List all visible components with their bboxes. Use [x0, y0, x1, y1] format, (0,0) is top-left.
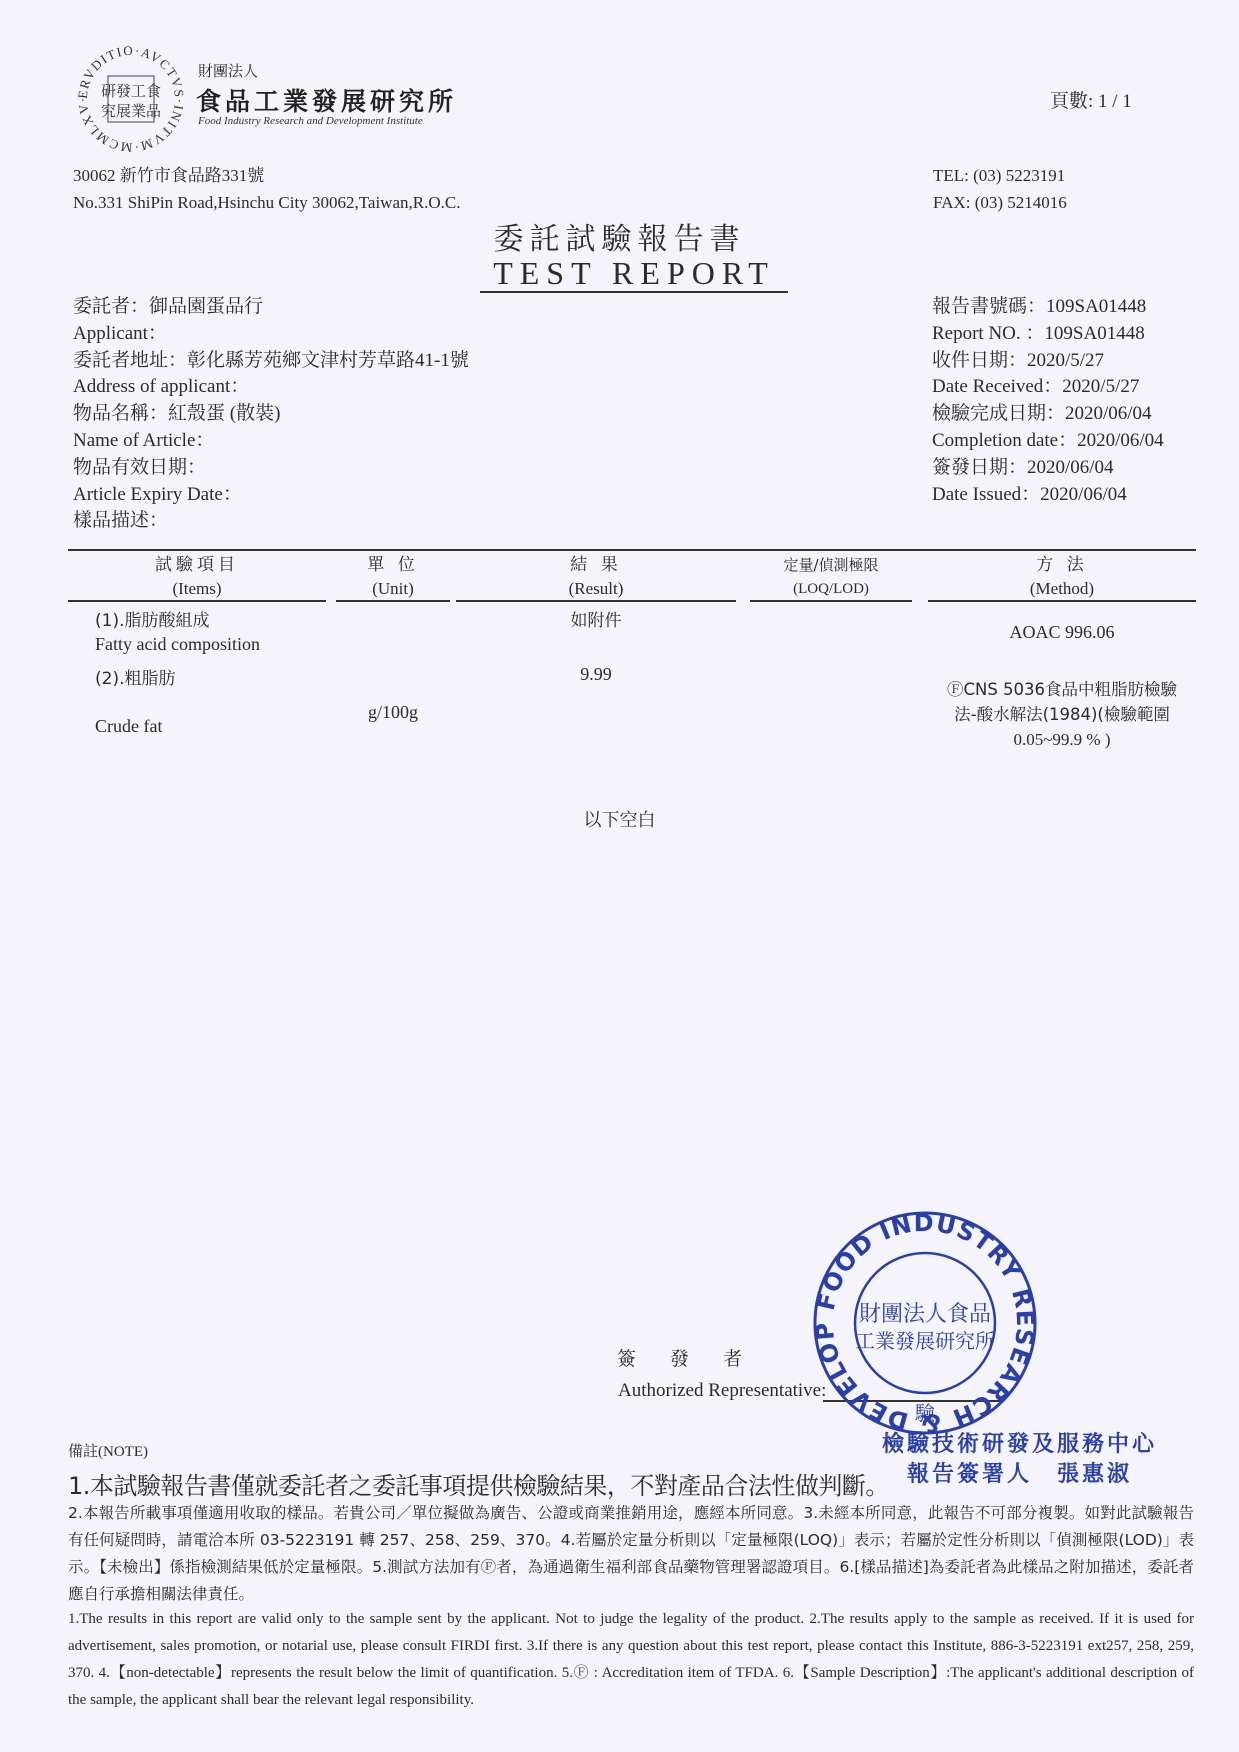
institute-seal-logo: ERVDITIO·AVCTVS·INITVM·MCMLXV· 研發工食 究展業品 [76, 44, 186, 154]
signer-name: 報告簽署人 張惠淑 [882, 1460, 1157, 1490]
date-issued-en: Date Issued：2020/06/04 [932, 482, 1164, 509]
article-name-label-en: Name of Article： [73, 428, 469, 455]
notes-en: 1.The results in this report are valid o… [68, 1606, 1194, 1714]
applicant-info: 委託者：御品園蛋品行 Applicant： 委託者地址：彰化縣芳苑鄉文津村芳草路… [73, 294, 469, 535]
row2-item-zh: (2).粗脂肪 [95, 664, 175, 689]
table-top-rule [68, 549, 1196, 551]
signer-stamp-text: 檢驗技術研發及服務中心 報告簽署人 張惠淑 [882, 1430, 1157, 1490]
row2-item-en: Crude fat [95, 716, 162, 737]
date-received-en: Date Received：2020/5/27 [932, 374, 1164, 401]
applicant-address: 委託者地址：彰化縣芳苑鄉文津村芳草路41-1號 [73, 348, 469, 375]
signer-department: 檢驗技術研發及服務中心 [882, 1430, 1157, 1460]
row2-result: 9.99 [456, 664, 736, 685]
institute-contact: TEL: (03) 5223191 FAX: (03) 5214016 [933, 162, 1067, 216]
address-zh: 30062 新竹市食品路331號 [73, 162, 460, 189]
applicant-address-label-en: Address of applicant： [73, 374, 469, 401]
header-rule [750, 600, 912, 602]
signer-label-en: Authorized Representative: [618, 1380, 826, 1402]
row1-result: 如附件 [456, 606, 736, 631]
report-title-en: TEST REPORT [480, 255, 788, 293]
note-1: 1.本試驗報告書僅就委託者之委託事項提供檢驗結果，不對產品合法性做判斷。 [68, 1466, 889, 1501]
svg-text:財團法人食品: 財團法人食品 [859, 1302, 991, 1327]
date-issued-zh: 簽發日期：2020/06/04 [932, 455, 1164, 482]
header-rule [336, 600, 450, 602]
row1-method: AOAC 996.06 [928, 620, 1196, 645]
svg-text:驗: 驗 [914, 1401, 936, 1425]
date-received-zh: 收件日期：2020/5/27 [932, 348, 1164, 375]
article-expiry-label-en: Article Expiry Date： [73, 482, 469, 509]
column-header-loq: 定量/偵測極限 (LOQ/LOD) [750, 553, 912, 601]
svg-text:工業發展研究所: 工業發展研究所 [855, 1329, 995, 1353]
institute-address: 30062 新竹市食品路331號 No.331 ShiPin Road,Hsin… [73, 162, 460, 216]
page-number: 頁數: 1 / 1 [1050, 86, 1132, 113]
svg-text:究展業品: 究展業品 [101, 102, 161, 120]
completion-date-en: Completion date：2020/06/04 [932, 428, 1164, 455]
note-2-zh: 2.本報告所載事項僅適用收取的樣品。若貴公司／單位擬做為廣告、公證或商業推銷用途… [68, 1500, 1194, 1608]
row2-method: ⒻCNS 5036食品中粗脂肪檢驗 法-酸水解法(1984)(檢驗範圍 0.05… [928, 677, 1196, 752]
article-name: 物品名稱：紅殼蛋 (散裝) [73, 401, 469, 428]
row1-item-zh: (1).脂肪酸組成 [95, 606, 209, 631]
column-header-method: 方 法 (Method) [928, 553, 1196, 601]
report-number-zh: 報告書號碼：109SA01448 [932, 294, 1164, 321]
completion-date-zh: 檢驗完成日期：2020/06/04 [932, 401, 1164, 428]
report-number-en: Report NO. ：109SA01448 [932, 321, 1164, 348]
column-header-unit: 單 位 (Unit) [336, 553, 450, 601]
header-rule [456, 600, 736, 602]
address-en: No.331 ShiPin Road,Hsinchu City 30062,Ta… [73, 189, 460, 216]
signer-label-zh: 簽 發 者 [617, 1344, 756, 1371]
sample-description: 樣品描述： [73, 508, 469, 535]
header-rule [68, 600, 326, 602]
tel: TEL: (03) 5223191 [933, 162, 1067, 189]
applicant-label-en: Applicant： [73, 321, 469, 348]
svg-text:研發工食: 研發工食 [101, 82, 161, 100]
org-name-zh: 食品工業發展研究所 [196, 82, 457, 118]
org-prefix: 財團法人 [198, 60, 258, 81]
report-info: 報告書號碼：109SA01448 Report NO. ：109SA01448 … [932, 294, 1164, 508]
official-stamp: FOOD INDUSTRY RESEARCH & DEVELOPMENT INS… [810, 1208, 1040, 1438]
org-name-en: Food Industry Research and Development I… [198, 115, 423, 127]
fax: FAX: (03) 5214016 [933, 189, 1067, 216]
end-of-table-marker: 以下空白 [0, 806, 1239, 832]
header-rule [928, 600, 1196, 602]
row1-item-en: Fatty acid composition [95, 634, 260, 655]
row2-unit: g/100g [336, 702, 450, 723]
report-title-zh: 委託試驗報告書 [0, 214, 1239, 258]
applicant-name: 委託者：御品園蛋品行 [73, 294, 469, 321]
column-header-items: 試驗項目 (Items) [68, 553, 326, 601]
column-header-result: 結 果 (Result) [456, 553, 736, 601]
article-expiry: 物品有效日期： [73, 455, 469, 482]
notes-label: 備註(NOTE) [68, 1440, 148, 1461]
